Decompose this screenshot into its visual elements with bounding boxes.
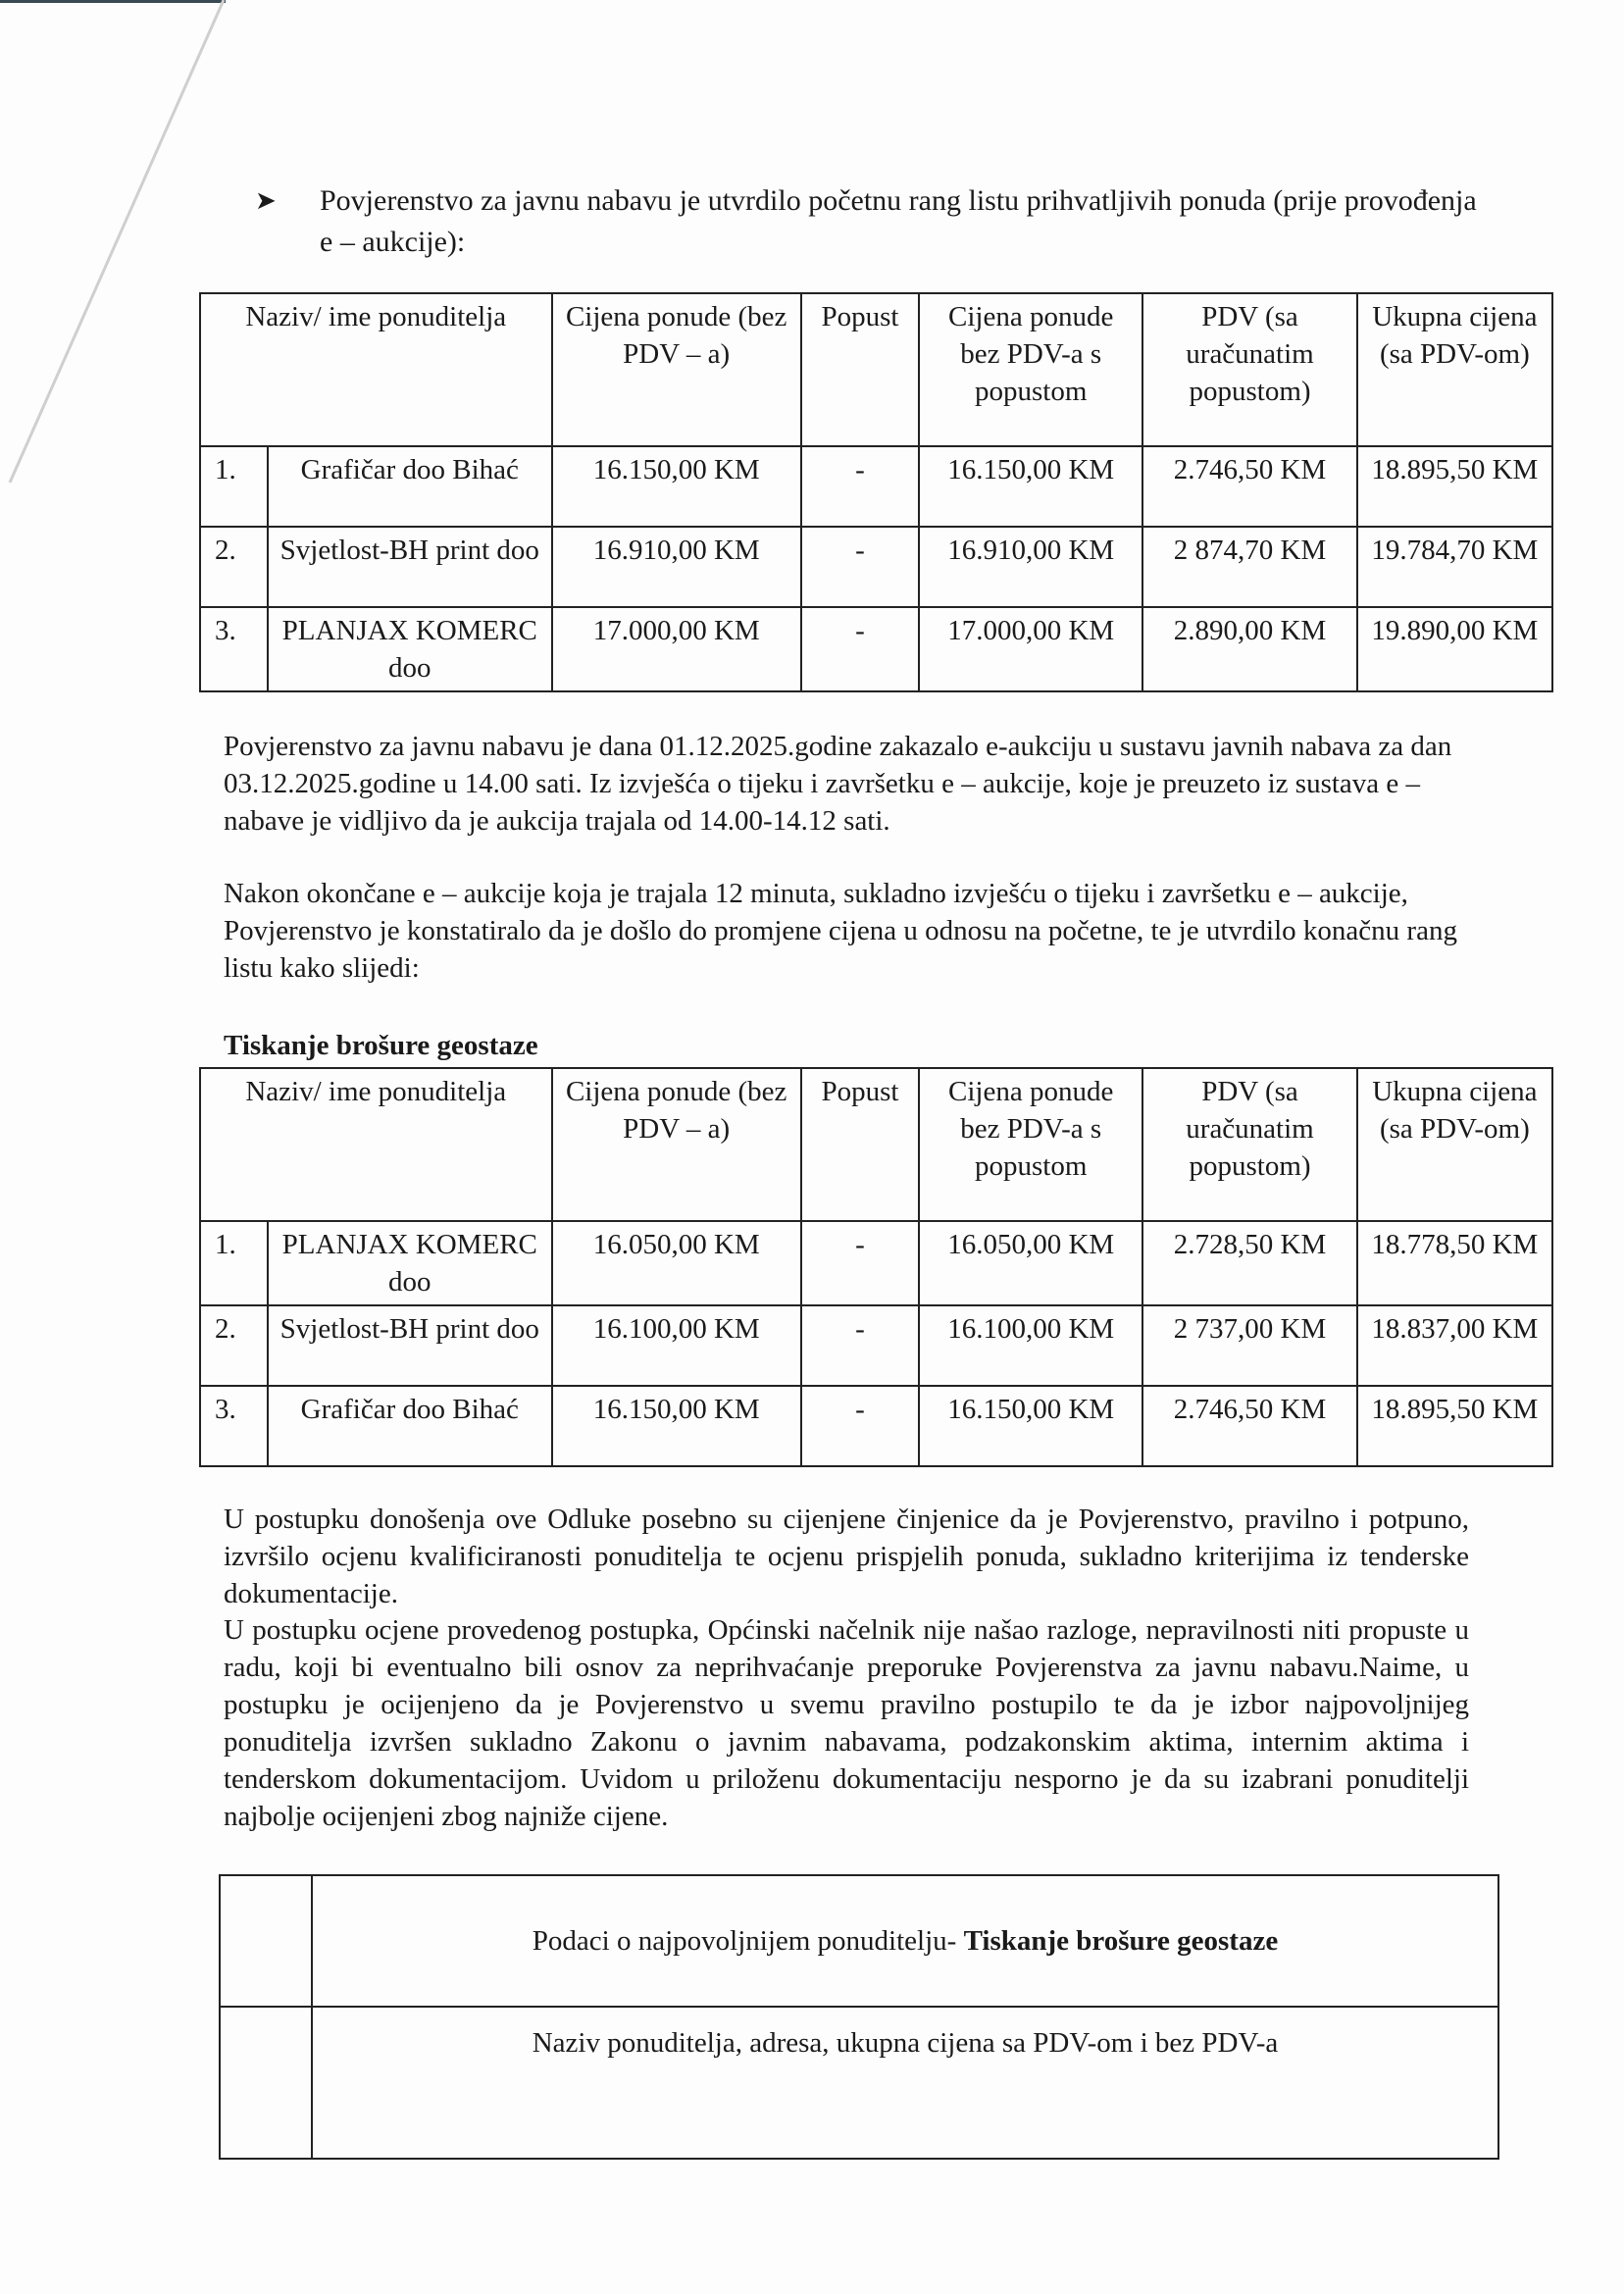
discount: - (801, 1386, 919, 1466)
total: 19.784,70 KM (1357, 527, 1552, 607)
bidder-name: Grafičar doo Bihać (268, 1386, 551, 1466)
initial-ranking-table: Naziv/ ime ponuditelja Cijena ponude (be… (199, 292, 1553, 692)
vat: 2.746,50 KM (1142, 446, 1356, 527)
header-price-discount: Cijena ponude bez PDV-a s popustom (919, 293, 1142, 446)
price-discount: 16.100,00 KM (919, 1305, 1142, 1386)
vat: 2 874,70 KM (1142, 527, 1356, 607)
header-name: Naziv/ ime ponuditelja (200, 293, 552, 446)
title-bold: Tiskanje brošure geostaze (964, 1925, 1279, 1957)
discount: - (801, 527, 919, 607)
price-discount: 16.910,00 KM (919, 527, 1142, 607)
scan-edge-artifact (0, 0, 226, 3)
bidder-name: PLANJAX KOMERC doo (268, 1221, 551, 1305)
discount: - (801, 1221, 919, 1305)
total: 18.895,50 KM (1357, 446, 1552, 527)
table-row: 3. PLANJAX KOMERC doo 17.000,00 KM - 17.… (200, 607, 1552, 691)
price: 17.000,00 KM (552, 607, 801, 691)
decision-paragraph: U postupku ocjene provedenog postupka, O… (224, 1611, 1469, 1835)
bidder-name: Svjetlost-BH print doo (268, 527, 551, 607)
table-row: 3. Grafičar doo Bihać 16.150,00 KM - 16.… (200, 1386, 1552, 1466)
bidder-name: Svjetlost-BH print doo (268, 1305, 551, 1386)
header-vat: PDV (sa uračunatim popustom) (1142, 1068, 1356, 1221)
table-row: 2. Svjetlost-BH print doo 16.100,00 KM -… (200, 1305, 1552, 1386)
rank: 3. (200, 1386, 268, 1466)
after-auction-paragraph: Nakon okončane e – aukcije koja je traja… (224, 875, 1469, 987)
vat: 2.746,50 KM (1142, 1386, 1356, 1466)
price-discount: 16.050,00 KM (919, 1221, 1142, 1305)
vat: 2.890,00 KM (1142, 607, 1356, 691)
rank: 2. (200, 1305, 268, 1386)
header-discount: Popust (801, 293, 919, 446)
bidder-name: Grafičar doo Bihać (268, 446, 551, 527)
header-name: Naziv/ ime ponuditelja (200, 1068, 552, 1221)
header-total: Ukupna cijena (sa PDV-om) (1357, 293, 1552, 446)
auction-paragraph: Povjerenstvo za javnu nabavu je dana 01.… (224, 728, 1469, 840)
empty-cell (220, 2007, 312, 2159)
intro-bullet: ➤ Povjerenstvo za javnu nabavu je utvrdi… (267, 180, 1483, 263)
best-bidder-detail-row: Naziv ponuditelja, adresa, ukupna cijena… (220, 2007, 1498, 2159)
final-ranking-table: Naziv/ ime ponuditelja Cijena ponude (be… (199, 1067, 1553, 1467)
header-vat: PDV (sa uračunatim popustom) (1142, 293, 1356, 446)
total: 18.778,50 KM (1357, 1221, 1552, 1305)
evaluation-paragraph: U postupku donošenja ove Odluke posebno … (224, 1501, 1469, 1612)
price: 16.050,00 KM (552, 1221, 801, 1305)
empty-cell (220, 1875, 312, 2007)
price: 16.150,00 KM (552, 1386, 801, 1466)
header-price-discount: Cijena ponude bez PDV-a s popustom (919, 1068, 1142, 1221)
total: 18.895,50 KM (1357, 1386, 1552, 1466)
price-discount: 17.000,00 KM (919, 607, 1142, 691)
header-total: Ukupna cijena (sa PDV-om) (1357, 1068, 1552, 1221)
header-price: Cijena ponude (bez PDV – a) (552, 293, 801, 446)
discount: - (801, 446, 919, 527)
header-discount: Popust (801, 1068, 919, 1221)
vat: 2.728,50 KM (1142, 1221, 1356, 1305)
arrow-bullet-icon: ➤ (255, 180, 277, 222)
table-row: 1. Grafičar doo Bihać 16.150,00 KM - 16.… (200, 446, 1552, 527)
best-bidder-table: Podaci o najpovoljnijem ponuditelju- Tis… (219, 1874, 1499, 2160)
price: 16.910,00 KM (552, 527, 801, 607)
bidder-name: PLANJAX KOMERC doo (268, 607, 551, 691)
title-prefix: Podaci o najpovoljnijem ponuditelju- (533, 1925, 964, 1957)
rank: 3. (200, 607, 268, 691)
discount: - (801, 607, 919, 691)
price-discount: 16.150,00 KM (919, 1386, 1142, 1466)
total: 19.890,00 KM (1357, 607, 1552, 691)
best-bidder-title-row: Podaci o najpovoljnijem ponuditelju- Tis… (220, 1875, 1498, 2007)
section-title: Tiskanje brošure geostaze (224, 1030, 538, 1062)
intro-text: Povjerenstvo za javnu nabavu je utvrdilo… (320, 180, 1483, 263)
discount: - (801, 1305, 919, 1386)
total: 18.837,00 KM (1357, 1305, 1552, 1386)
table-header-row: Naziv/ ime ponuditelja Cijena ponude (be… (200, 1068, 1552, 1221)
vat: 2 737,00 KM (1142, 1305, 1356, 1386)
rank: 2. (200, 527, 268, 607)
table-row: 2. Svjetlost-BH print doo 16.910,00 KM -… (200, 527, 1552, 607)
price: 16.150,00 KM (552, 446, 801, 527)
table-header-row: Naziv/ ime ponuditelja Cijena ponude (be… (200, 293, 1552, 446)
price-discount: 16.150,00 KM (919, 446, 1142, 527)
table-row: 1. PLANJAX KOMERC doo 16.050,00 KM - 16.… (200, 1221, 1552, 1305)
best-bidder-title: Podaci o najpovoljnijem ponuditelju- Tis… (312, 1875, 1498, 2007)
rank: 1. (200, 446, 268, 527)
best-bidder-subtitle: Naziv ponuditelja, adresa, ukupna cijena… (312, 2007, 1498, 2159)
rank: 1. (200, 1221, 268, 1305)
header-price: Cijena ponude (bez PDV – a) (552, 1068, 801, 1221)
price: 16.100,00 KM (552, 1305, 801, 1386)
